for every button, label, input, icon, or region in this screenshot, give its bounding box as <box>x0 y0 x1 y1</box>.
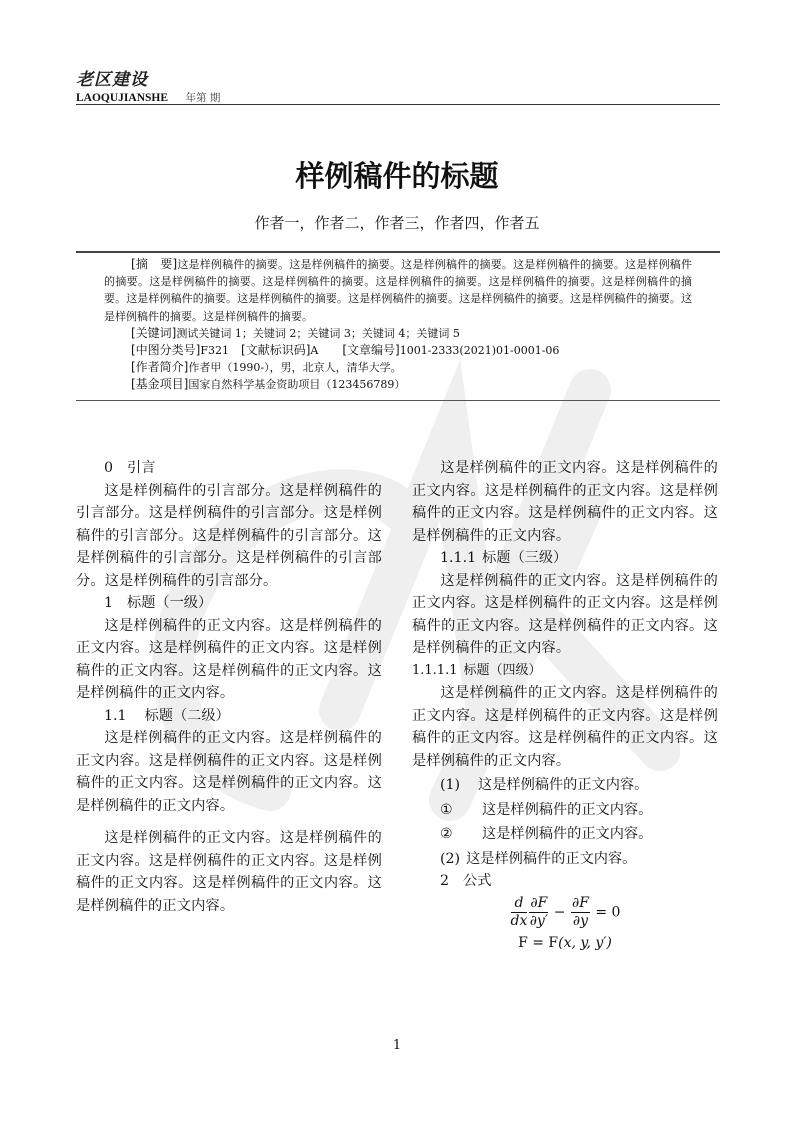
frac-numerator: d <box>511 895 528 913</box>
equals-zero: = 0 <box>595 904 620 920</box>
keywords-text: 测试关键词 1；关键词 2；关键词 3；关键词 4；关键词 5 <box>176 327 459 340</box>
formula-definition: F = F(x, y, y′) <box>412 932 718 955</box>
author-bio-text: 作者甲（1990-），男，北京人，清华大学。 <box>188 361 401 374</box>
article-no-label: [文章编号] <box>342 343 399 357</box>
body-paragraph: 这是样例稿件的正文内容。这是样例稿件的正文内容。这是样例稿件的正文内容。这是样例… <box>76 727 382 817</box>
list-item: (2)这是样例稿件的正文内容。 <box>412 848 718 871</box>
intro-paragraph: 这是样例稿件的引言部分。这是样例稿件的引言部分。这是样例稿件的引言部分。这是样例… <box>76 480 382 593</box>
list-item: ②这是样例稿件的正文内容。 <box>412 823 718 846</box>
list-text: 这是样例稿件的正文内容。 <box>466 851 636 867</box>
list-item: ①这是样例稿件的正文内容。 <box>412 799 718 822</box>
heading-text: 标题（四级） <box>463 663 541 678</box>
issue-info: 年第 期 <box>186 92 221 104</box>
frac-denominator: ∂y <box>571 913 590 930</box>
right-column: 这是样例稿件的正文内容。这是样例稿件的正文内容。这是样例稿件的正文内容。这是样例… <box>412 457 718 954</box>
heading-0: 0引言 <box>76 457 382 480</box>
journal-header: 老区建设 LAOQUJIANSHE 年第 期 <box>76 70 720 105</box>
frac-denominator: dx <box>511 913 528 930</box>
heading-text: 公式 <box>463 873 491 889</box>
page-number: 1 <box>0 1038 794 1053</box>
doc-code-label: [文献标识码] <box>241 343 310 357</box>
formula-euler-lagrange: ddx∂F∂y′ − ∂F∂y = 0 <box>412 895 718 930</box>
fund: [基金项目]国家自然科学基金资助项目（123456789） <box>104 376 692 393</box>
left-column: 0引言 这是样例稿件的引言部分。这是样例稿件的引言部分。这是样例稿件的引言部分。… <box>76 457 382 917</box>
heading-1-1: 1.1标题（二级） <box>76 705 382 728</box>
heading-text: 引言 <box>127 460 155 476</box>
author-bio-label: [作者简介] <box>131 360 188 374</box>
heading-text: 标题（二级） <box>145 708 230 724</box>
list-text: 这是样例稿件的正文内容。 <box>478 777 648 793</box>
list-marker: (1) <box>440 774 478 797</box>
list-marker: ① <box>440 799 482 822</box>
frac-numerator: ∂F <box>571 895 590 913</box>
clc-label: [中图分类号] <box>131 343 200 357</box>
fund-label: [基金项目] <box>131 377 188 391</box>
paper-title: 样例稿件的标题 <box>0 156 794 196</box>
minus-sign: − <box>554 904 566 920</box>
frac-numerator: ∂F <box>529 895 548 913</box>
list-marker: ② <box>440 823 482 846</box>
journal-logo: 老区建设 <box>76 70 720 90</box>
list-item: (1)这是样例稿件的正文内容。 <box>412 774 718 797</box>
body-paragraph: 这是样例稿件的正文内容。这是样例稿件的正文内容。这是样例稿件的正文内容。这是样例… <box>76 615 382 705</box>
heading-number: 1.1.1.1 <box>412 663 457 678</box>
abstract-bottom-rule <box>76 400 720 401</box>
list-marker: (2) <box>440 848 460 871</box>
abstract-top-rule <box>76 251 720 253</box>
journal-name-en: LAOQUJIANSHE <box>76 92 168 104</box>
heading-number: 2 <box>440 873 449 889</box>
author-list: 作者一，作者二，作者三，作者四，作者五 <box>0 212 794 234</box>
frac-denominator: ∂y′ <box>529 913 548 930</box>
heading-1: 1标题（一级） <box>76 592 382 615</box>
list-text: 这是样例稿件的正文内容。 <box>482 802 652 818</box>
formula-lhs: F = F <box>518 935 558 951</box>
heading-text: 标题（一级） <box>127 595 212 611</box>
body-paragraph: 这是样例稿件的正文内容。这是样例稿件的正文内容。这是样例稿件的正文内容。这是样例… <box>412 457 718 547</box>
abstract-text: 这是样例稿件的摘要。这是样例稿件的摘要。这是样例稿件的摘要。这是样例稿件的摘要。… <box>104 258 692 323</box>
body-paragraph: 这是样例稿件的正文内容。这是样例稿件的正文内容。这是样例稿件的正文内容。这是样例… <box>412 682 718 772</box>
abstract: [摘 要]这是样例稿件的摘要。这是样例稿件的摘要。这是样例稿件的摘要。这是样例稿… <box>104 256 692 325</box>
article-no-value: 1001-2333(2021)01-0001-06 <box>400 344 560 357</box>
keywords: [关键词]测试关键词 1；关键词 2；关键词 3；关键词 4；关键词 5 <box>104 325 692 342</box>
heading-number: 1.1.1 <box>440 550 476 566</box>
list-text: 这是样例稿件的正文内容。 <box>482 826 652 842</box>
heading-1-1-1: 1.1.1标题（三级） <box>412 547 718 570</box>
heading-number: 0 <box>104 460 113 476</box>
clc-value: F321 <box>200 344 229 357</box>
heading-1-1-1-1: 1.1.1.1标题（四级） <box>412 660 718 683</box>
keywords-label: [关键词] <box>131 326 176 340</box>
body-paragraph: 这是样例稿件的正文内容。这是样例稿件的正文内容。这是样例稿件的正文内容。这是样例… <box>412 570 718 660</box>
heading-text: 标题（三级） <box>482 550 567 566</box>
doc-code-value: A <box>310 344 318 357</box>
classification-line: [中图分类号]F321[文献标识码]A[文章编号]1001-2333(2021)… <box>104 342 692 359</box>
heading-2: 2公式 <box>412 870 718 893</box>
heading-number: 1.1 <box>104 708 127 724</box>
author-bio: [作者简介]作者甲（1990-），男，北京人，清华大学。 <box>104 359 692 376</box>
header-rule <box>76 104 720 105</box>
body-paragraph: 这是样例稿件的正文内容。这是样例稿件的正文内容。这是样例稿件的正文内容。这是样例… <box>76 827 382 917</box>
heading-number: 1 <box>104 595 113 611</box>
fund-text: 国家自然科学基金资助项目（123456789） <box>188 378 405 391</box>
abstract-block: [摘 要]这是样例稿件的摘要。这是样例稿件的摘要。这是样例稿件的摘要。这是样例稿… <box>104 256 692 394</box>
formula-args: (x, y, y′) <box>558 935 612 951</box>
abstract-label: [摘 要] <box>131 257 177 271</box>
